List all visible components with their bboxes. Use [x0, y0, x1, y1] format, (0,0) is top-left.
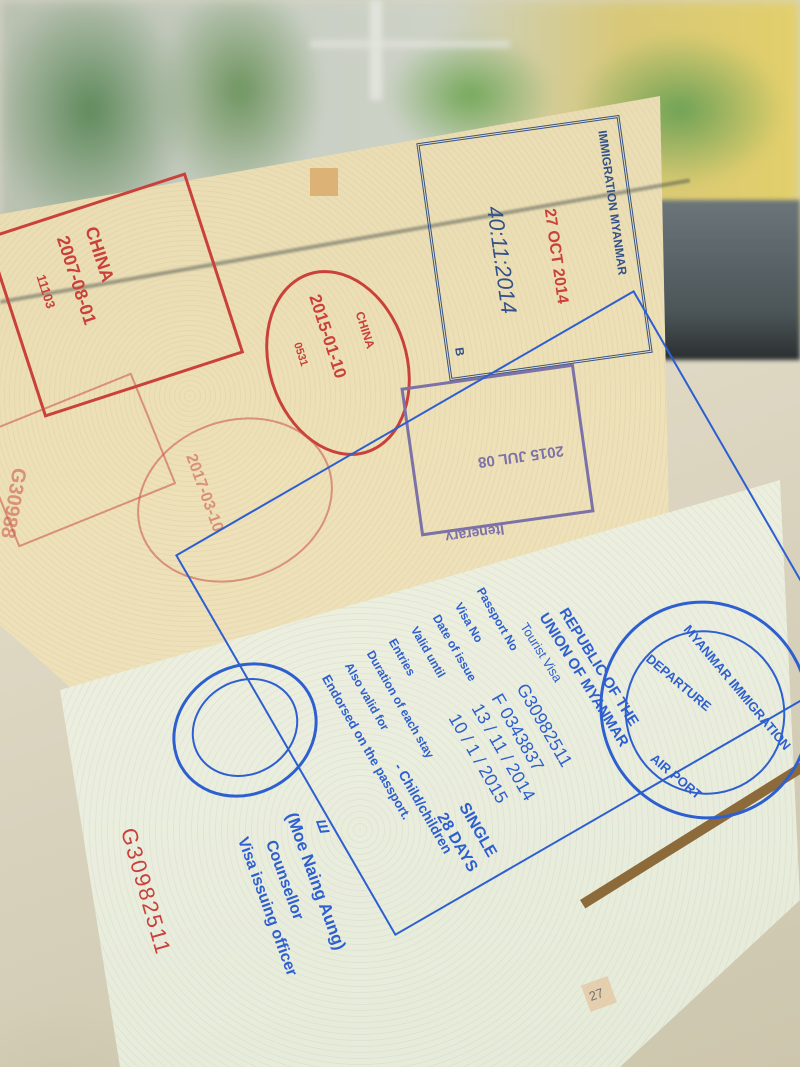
page-number: 27 — [587, 985, 606, 1004]
china-stamp-code: 11103 — [34, 273, 59, 311]
myanmar-stamp-handwriting: 40:11:2014 — [481, 204, 522, 315]
myanmar-stamp-letter: B — [452, 346, 467, 357]
china-round-country: CHINA — [353, 310, 378, 350]
window-rail — [310, 40, 510, 48]
window-frame — [370, 0, 382, 100]
myanmar-stamp-title: IMMIGRATION MYANMAR — [595, 129, 629, 276]
immigration-seal-departure: DEPARTURE — [643, 651, 714, 714]
china-round-date: 2015-01-10 — [304, 292, 350, 381]
china-stamp-country: CHINA — [80, 224, 118, 285]
faded-stamp-date: 2017-03-10 — [181, 452, 226, 535]
photo-scene: CHINA 2007-08-01 11103 2015-01-10 CHINA … — [0, 0, 800, 1067]
page-tab — [310, 168, 338, 196]
china-round-code: 0531 — [291, 341, 310, 368]
myanmar-stamp-date: 27 OCT 2014 — [540, 207, 571, 305]
